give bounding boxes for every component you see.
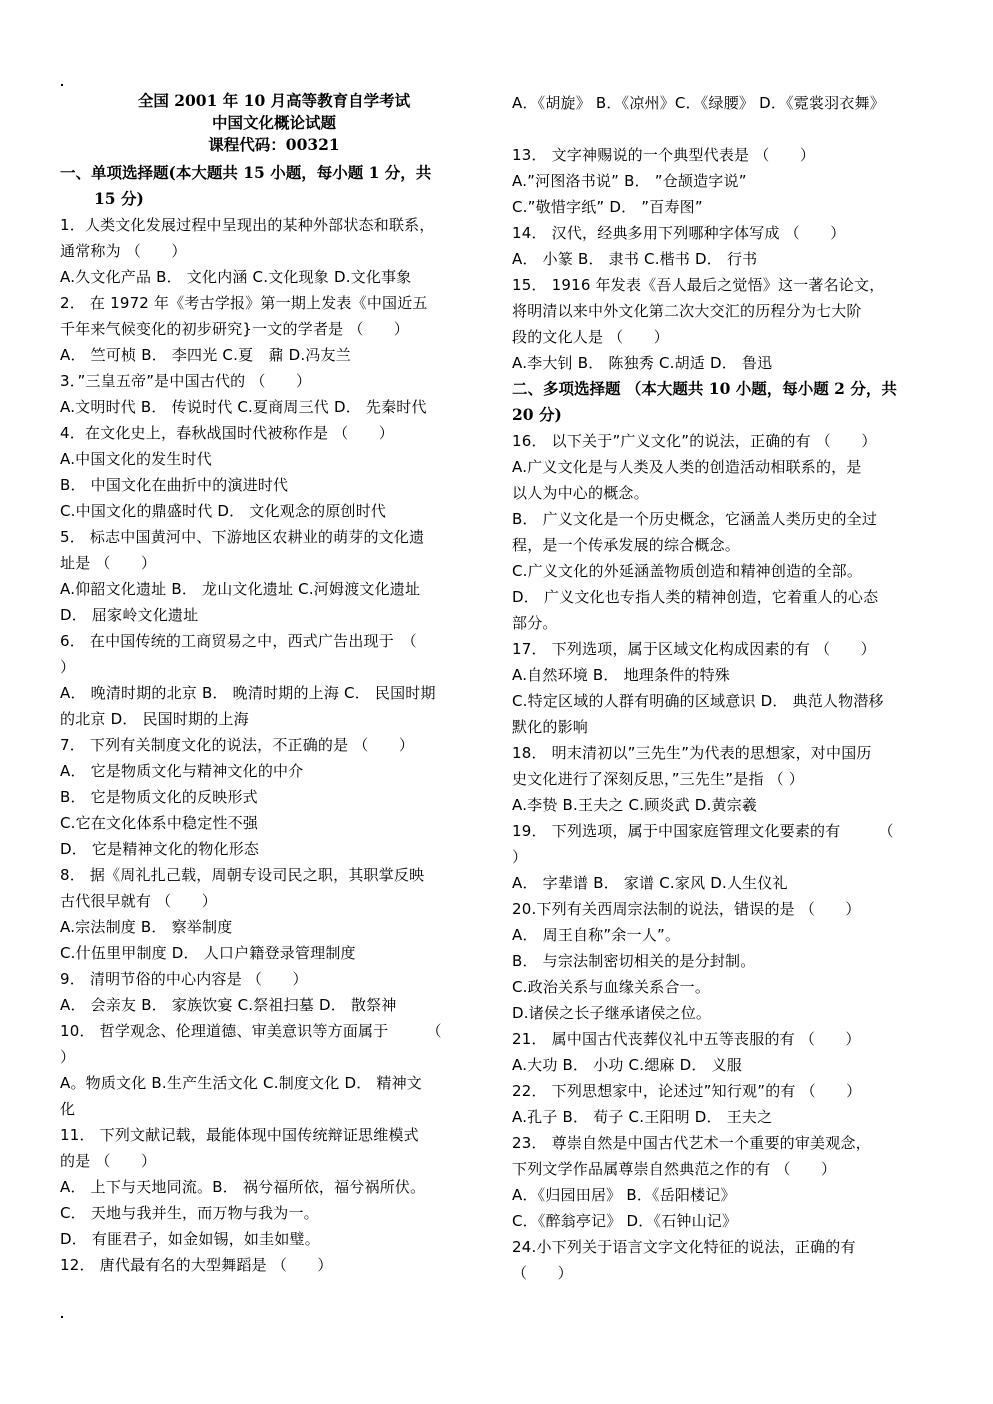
text-line: B． 与宗法制密切相关的是分封制。 [512,948,942,974]
right-question-list-top: A．《胡旋》 B．《凉州》C．《绿腰》 D．《霓裳羽衣舞》 [512,90,942,116]
text-line: C.什伍里甲制度 D． 人口户籍登录管理制度 [60,940,488,966]
text-line: 17． 下列选项，属于区域文化构成因素的有 （ ） [512,636,942,662]
text-line: A． 竺可桢 B． 李四光 C.夏 鼐 D.冯友兰 [60,342,488,368]
text-line: ） [60,1044,488,1070]
text-line: A． 字辈谱 B． 家谱 C.家风 D.人生仪礼 [512,870,942,896]
text-line: C．《醉翁亭记》 D．《石钟山记》 [512,1208,942,1234]
page-corner-mark-top [61,84,63,86]
text-line: A.大功 B． 小功 C.缌麻 D． 义服 [512,1052,942,1078]
text-line: 21． 属中国古代丧葬仪礼中五等丧服的有 （ ） [512,1026,942,1052]
text-line: C.特定区域的人群有明确的区域意识 D． 典范人物潜移 [512,688,942,714]
text-line: 段的文化人是 （ ） [512,324,942,350]
text-line: 20.下列有关西周宗法制的说法，错误的是 （ ） [512,896,942,922]
section-2-heading-cont: 20 分) [512,402,942,428]
text-line: ） [512,844,942,870]
text-line: 2． 在 1972 年《考古学报》第一期上发表《中国近五 [60,290,488,316]
right-question-list-mid: 13． 文字神赐说的一个典型代表是 （ ）A.”河图洛书说” B． ”仓颉造字说… [512,142,942,376]
text-line: A.中国文化的发生时代 [60,446,488,472]
text-line: A． 晚清时期的北京 B． 晚清时期的上海 C． 民国时期 [60,680,488,706]
text-line: B． 中国文化在曲折中的演进时代 [60,472,488,498]
text-line: 6． 在中国传统的工商贸易之中，西式广告出现于 （ [60,628,488,654]
text-line: 12． 唐代最有名的大型舞蹈是 （ ） [60,1252,488,1278]
text-line: A.久文化产品 B． 文化内涵 C.文化现象 D.文化事象 [60,264,488,290]
text-line: C.中国文化的鼎盛时代 D． 文化观念的原创时代 [60,498,488,524]
text-line: 3．”三皇五帝”是中国古代的 （ ） [60,368,488,394]
text-line: 千年来气候变化的初步研究}一文的学者是 （ ） [60,316,488,342]
text-line: C.”敬惜字纸” D． ”百寿图” [512,194,942,220]
text-line: A． 小篆 B． 隶书 C.楷书 D． 行书 [512,246,942,272]
text-line: A.仰韶文化遗址 B． 龙山文化遗址 C.河姆渡文化遗址 [60,576,488,602]
left-question-list: 1．人类文化发展过程中呈现出的某种外部状态和联系，通常称为 （ ）A.久文化产品… [60,212,488,1278]
text-line: 通常称为 （ ） [60,238,488,264]
text-line: 以人为中心的概念。 [512,480,942,506]
left-column: 全国 2001 年 10 月高等教育自学考试 中国文化概论试题 课程代码：003… [60,90,488,1278]
exam-title: 全国 2001 年 10 月高等教育自学考试 [60,90,488,112]
text-line: 4．在文化史上，春秋战国时代被称作是 （ ） [60,420,488,446]
text-line: A.文明时代 B． 传说时代 C.夏商周三代 D． 先秦时代 [60,394,488,420]
text-line: ） [60,654,488,680]
subject-title: 中国文化概论试题 [60,112,488,134]
text-line: C． 天地与我并生，而万物与我为一。 [60,1200,488,1226]
text-line: （ ） [512,1260,942,1286]
text-line: C.广义文化的外延涵盖物质创造和精神创造的全部。 [512,558,942,584]
text-line: A． 会亲友 B． 家族饮宴 C.祭祖扫墓 D． 散祭神 [60,992,488,1018]
text-line: 22． 下列思想家中，论述过”知行观”的有 （ ） [512,1078,942,1104]
text-line: A．《胡旋》 B．《凉州》C．《绿腰》 D．《霓裳羽衣舞》 [512,90,942,116]
text-line: 部分。 [512,610,942,636]
right-question-list-bottom: 16． 以下关于”广义文化”的说法，正确的有 （ ）A.广义文化是与人类及人类的… [512,428,942,1286]
text-line: D． 屈家岭文化遗址 [60,602,488,628]
text-line: C.它在文化体系中稳定性不强 [60,810,488,836]
text-line: 8． 据《周礼扎己载，周朝专设司民之职，其职掌反映 [60,862,488,888]
text-line: A.李大钊 B． 陈独秀 C.胡适 D． 鲁迅 [512,350,942,376]
section-2-heading: 二、多项选择题 （本大题共 10 小题，每小题 2 分，共 [512,376,942,402]
text-line: A.李贽 B.王夫之 C.顾炎武 D.黄宗羲 [512,792,942,818]
text-line: A.自然环境 B． 地理条件的特殊 [512,662,942,688]
text-line: 9． 清明节俗的中心内容是 （ ） [60,966,488,992]
text-line: B． 广义文化是一个历史概念，它涵盖人类历史的全过 [512,506,942,532]
text-line: A． 上下与天地同流。B． 祸兮福所依，福兮祸所伏。 [60,1174,488,1200]
text-line: 10． 哲学观念、伦理道德、审美意识等方面属于 （ [60,1018,488,1044]
section-1-heading-cont: 15 分) [60,186,488,212]
right-column: A．《胡旋》 B．《凉州》C．《绿腰》 D．《霓裳羽衣舞》 13． 文字神赐说的… [512,90,942,1286]
text-line: D． 有匪君子，如金如锡，如圭如璧。 [60,1226,488,1252]
page-corner-mark-bottom [61,1316,63,1318]
text-line: 的北京 D． 民国时期的上海 [60,706,488,732]
text-line: A。物质文化 B.生产生活文化 C.制度文化 D． 精神文 [60,1070,488,1096]
text-line: 默化的影响 [512,714,942,740]
text-line: 18． 明末清初以”三先生”为代表的思想家，对中国历 [512,740,942,766]
text-line: 11． 下列文献记载，最能体现中国传统辩证思维模式 [60,1122,488,1148]
text-line: D． 广义文化也专指人类的精神创造，它着重人的心态 [512,584,942,610]
text-line: 5． 标志中国黄河中、下游地区农耕业的萌芽的文化遗 [60,524,488,550]
text-line: 15． 1916 年发表《吾人最后之觉悟》这一著名论文， [512,272,942,298]
text-line: 1．人类文化发展过程中呈现出的某种外部状态和联系， [60,212,488,238]
text-line: 23． 尊崇自然是中国古代艺术一个重要的审美观念， [512,1130,942,1156]
text-line: A.广义文化是与人类及人类的创造活动相联系的，是 [512,454,942,480]
text-line: D． 它是精神文化的物化形态 [60,836,488,862]
text-line: B． 它是物质文化的反映形式 [60,784,488,810]
text-line: 13． 文字神赐说的一个典型代表是 （ ） [512,142,942,168]
text-line: 19． 下列选项，属于中国家庭管理文化要素的有 （ [512,818,942,844]
text-line: A． 它是物质文化与精神文化的中介 [60,758,488,784]
text-line: 16． 以下关于”广义文化”的说法，正确的有 （ ） [512,428,942,454]
course-code: 课程代码：00321 [60,134,488,156]
blank-gap [512,116,942,142]
text-line: C.政治关系与血缘关系合一。 [512,974,942,1000]
text-line: A.孔子 B． 荀子 C.王阳明 D． 王夫之 [512,1104,942,1130]
text-line: A． 周王自称”余一人”。 [512,922,942,948]
text-line: 14． 汉代，经典多用下列哪种字体写成 （ ） [512,220,942,246]
section-1-heading: 一、单项选择题(本大题共 15 小题，每小题 1 分，共 [60,160,488,186]
text-line: A.”河图洛书说” B． ”仓颉造字说” [512,168,942,194]
text-line: D.诸侯之长子继承诸侯之位。 [512,1000,942,1026]
text-line: 24.小下列关于语言文字文化特征的说法，正确的有 [512,1234,942,1260]
text-line: 将明清以来中外文化第二次大交汇的历程分为七大阶 [512,298,942,324]
text-line: 7． 下列有关制度文化的说法，不正确的是 （ ） [60,732,488,758]
text-line: 的是 （ ） [60,1148,488,1174]
text-line: 史文化进行了深刻反思，”三先生”是指 （ ） [512,766,942,792]
text-line: 址是 （ ） [60,550,488,576]
text-line: A.宗法制度 B． 察举制度 [60,914,488,940]
text-line: A．《归园田居》 B．《岳阳楼记》 [512,1182,942,1208]
text-line: 化 [60,1096,488,1122]
text-line: 古代很早就有 （ ） [60,888,488,914]
text-line: 程，是一个传承发展的综合概念。 [512,532,942,558]
text-line: 下列文学作品属尊崇自然典范之作的有 （ ） [512,1156,942,1182]
